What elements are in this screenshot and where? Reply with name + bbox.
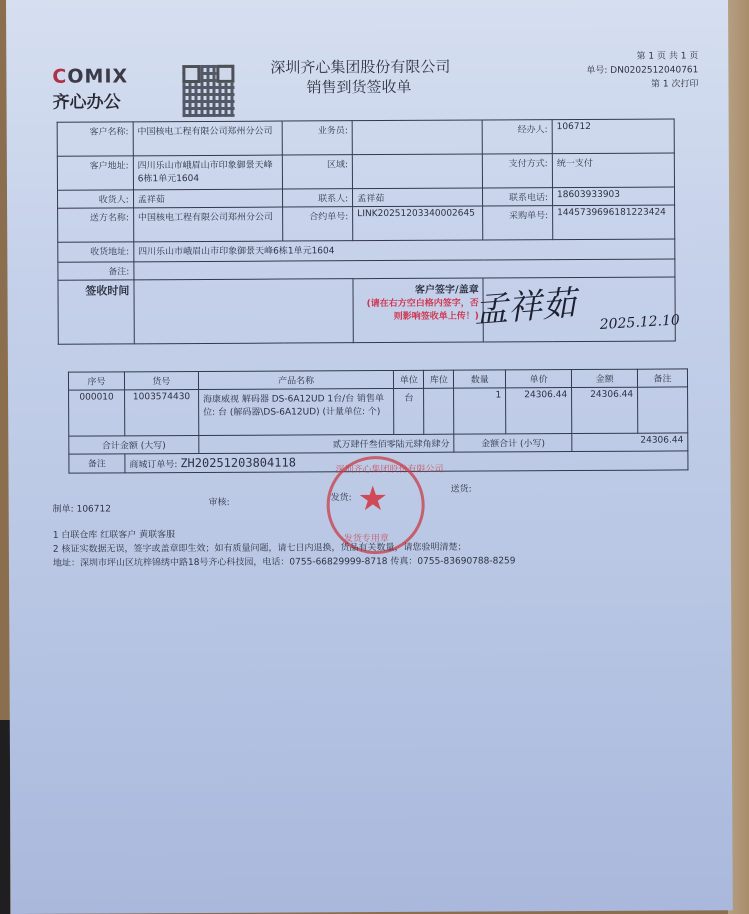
row-qty: 1 [454, 388, 506, 434]
delivery-receipt-document: COMIX 齐心办公 深圳齐心集团股份有限公司 销售到货签收单 第 1 页 共 … [6, 0, 733, 914]
row-price: 24306.44 [506, 388, 572, 434]
mall-order-label: 商城订单号: [129, 460, 177, 470]
customer-name-label: 客户名称: [57, 122, 133, 156]
purchase-label: 采购单号: [483, 206, 553, 240]
col-seq: 序号 [68, 372, 124, 390]
col-amount: 金额 [572, 369, 638, 387]
customer-name: 中国核电工程有限公司郑州分公司 [133, 121, 283, 156]
signature-note: (请在右方空白格内签字，否则影响签收单上传！) [358, 296, 479, 323]
customer-address: 四川乐山市峨眉山市印象御景天峰6栋1单元1604 [133, 155, 283, 190]
consignee: 孟祥茹 [133, 189, 283, 208]
salesperson [352, 120, 482, 155]
handwritten-signature: 孟祥茹 [472, 276, 577, 333]
address-note: 地址：深圳市坪山区坑梓锦绣中路18号齐心科技园，电话：0755-66829999… [53, 553, 516, 568]
delivery-address: 四川乐山市峨眉山市印象御景天峰6栋1单元1604 [134, 239, 675, 262]
contact: 孟祥茹 [353, 188, 483, 207]
sign-time-field[interactable] [134, 279, 354, 344]
salesperson-label: 业务员: [282, 121, 352, 155]
logo-chinese: 齐心办公 [52, 87, 120, 112]
mall-order-number: ZH20251203804118 [180, 455, 296, 470]
maker-value: 106712 [77, 504, 111, 514]
table-row: 000010 1003574430 海康威视 解码器 DS-6A12UD 1台/… [69, 387, 688, 436]
logo-text: OMIX [67, 65, 128, 87]
comix-logo: COMIX [52, 65, 128, 87]
document-title: 销售到货签收单 [306, 76, 411, 98]
payment-label: 支付方式: [482, 154, 552, 188]
row-unit: 台 [394, 388, 424, 434]
purchase-number: 1445739696181223424 [553, 205, 675, 240]
copies-note: 1 白联仓库 红联客户 黄联客服 [53, 527, 175, 541]
row-name: 海康威视 解码器 DS-6A12UD 1台/台 销售单位: 台 (解码器\DS-… [198, 388, 394, 435]
col-price: 单价 [506, 370, 572, 388]
ship-to: 中国核电工程有限公司郑州分公司 [133, 207, 283, 242]
row-sku: 1003574430 [124, 389, 198, 435]
background-edge [0, 720, 10, 914]
row-location [424, 388, 454, 434]
doc-number: 单号: DN0202512040761 [586, 62, 698, 76]
contract-number: LINK20251203340002645 [353, 206, 483, 241]
consignee-label: 收货人: [57, 190, 133, 208]
customer-address-label: 客户地址: [57, 156, 133, 190]
maker-label: 制单: [53, 505, 74, 515]
region-label: 区域: [283, 155, 353, 189]
logo-letter: C [52, 66, 67, 88]
remarks-label: 备注: [58, 262, 134, 280]
qr-code-icon [182, 65, 234, 117]
signature-title: 客户签字/盖章 [358, 281, 479, 297]
ship-label: 发货: [331, 490, 352, 503]
company-name: 深圳齐心集团股份有限公司 [270, 56, 450, 78]
order-remark-label: 备注 [69, 454, 125, 473]
doc-number-value: DN0202512040761 [610, 65, 698, 75]
handler-label: 经办人: [482, 120, 552, 154]
delivery-address-label: 收货地址: [58, 242, 134, 262]
col-unit: 单位 [394, 370, 424, 388]
total-upper: 贰万肆仟叁佰零陆元肆角肆分 [199, 434, 454, 453]
contract-label: 合约单号: [283, 207, 353, 241]
total-lower: 24306.44 [572, 433, 688, 452]
star-icon: ★ [358, 479, 389, 519]
handler: 106712 [552, 119, 674, 154]
terms-note: 2 核证实数据无误，签字或盖章即生效；如有质量问题，请七日内退换，货品有关数量，… [53, 540, 467, 555]
row-note [638, 387, 688, 433]
col-sku: 货号 [124, 371, 198, 389]
contact-label: 联系人: [283, 189, 353, 207]
col-note: 备注 [638, 369, 688, 387]
deliver-label: 送货: [451, 482, 472, 495]
print-count: 第 1 次打印 [651, 76, 699, 89]
total-upper-label: 合计金额 (大写) [69, 435, 199, 454]
col-qty: 数量 [454, 370, 506, 388]
region [352, 154, 482, 189]
payment-method: 统一支付 [552, 153, 674, 188]
ship-to-label: 送方名称: [58, 208, 134, 242]
maker: 制单: 106712 [53, 501, 111, 514]
review-label: 审核: [209, 495, 230, 508]
stamp-text-top: 深圳齐心集团股份有限公司 [335, 462, 443, 476]
row-seq: 000010 [69, 390, 125, 436]
sign-time-label: 签收时间 [58, 280, 134, 344]
signature-instruction: 客户签字/盖章 (请在右方空白格内签字，否则影响签收单上传！) [353, 278, 483, 343]
doc-number-label: 单号: [586, 66, 607, 76]
row-amount: 24306.44 [572, 387, 638, 433]
col-location: 库位 [424, 370, 454, 388]
total-lower-label: 金额合计 (小写) [454, 434, 572, 453]
customer-info-table: 客户名称: 中国核电工程有限公司郑州分公司 业务员: 经办人: 106712 客… [57, 119, 676, 345]
col-name: 产品名称 [198, 370, 394, 389]
phone: 18603933903 [552, 187, 674, 206]
phone-label: 联系电话: [483, 188, 553, 206]
page-info: 第 1 页 共 1 页 [636, 48, 698, 61]
